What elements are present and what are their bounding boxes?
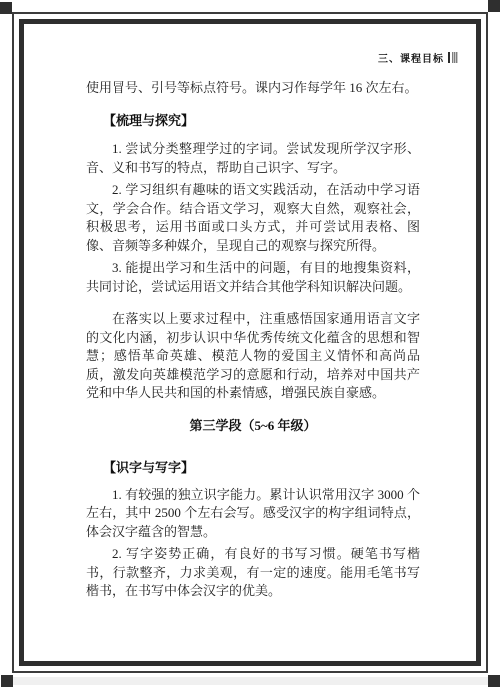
resize-handle-bottom-left[interactable] [1,675,13,687]
list-item-explore-3: 3. 能提出学习和生活中的问题，有目的地搜集资料，共同讨论，尝试运用语文并结合其… [86,259,420,296]
page-content: 使用冒号、引号等标点符号。课内习作每学年 16 次左右。 【梳理与探究】 1. … [86,79,420,605]
page-header: 三、课程目标 [378,50,458,65]
bottom-strip [10,677,490,685]
resize-handle-top-right[interactable] [488,0,500,12]
resize-handle-top-left[interactable] [0,2,12,14]
paragraph-intro: 使用冒号、引号等标点符号。课内习作每学年 16 次左右。 [86,79,420,98]
stage-heading: 第三学段（5~6 年级） [86,417,420,436]
list-item-literacy-2: 2. 写字姿势正确，有良好的书写习惯。硬笔书写楷书，行款整齐，力求美观，有一定的… [86,545,420,601]
list-item-explore-2: 2. 学习组织有趣味的语文实践活动，在活动中学习语文，学会合作。结合语文学习，观… [86,181,420,255]
paragraph-summary: 在落实以上要求过程中，注重感悟国家通用语言文字的文化内涵，初步认识中华优秀传统文… [86,310,420,403]
list-item-literacy-1: 1. 有较强的独立识字能力。累计认识常用汉字 3000 个左右，其中 2500 … [86,486,420,542]
double-bar-marker-icon [448,52,458,63]
list-item-explore-1: 1. 尝试分类整理学过的字词。尝试发现所学汉字形、音、义和书写的特点，帮助自己识… [86,140,420,177]
document-page: 三、课程目标 使用冒号、引号等标点符号。课内习作每学年 16 次左右。 【梳理与… [0,0,500,687]
resize-handle-bottom-right[interactable] [488,675,500,687]
page-header-title: 三、课程目标 [378,50,444,65]
section-heading-literacy: 【识字与写字】 [86,459,420,478]
section-heading-explore: 【梳理与探究】 [86,112,420,131]
